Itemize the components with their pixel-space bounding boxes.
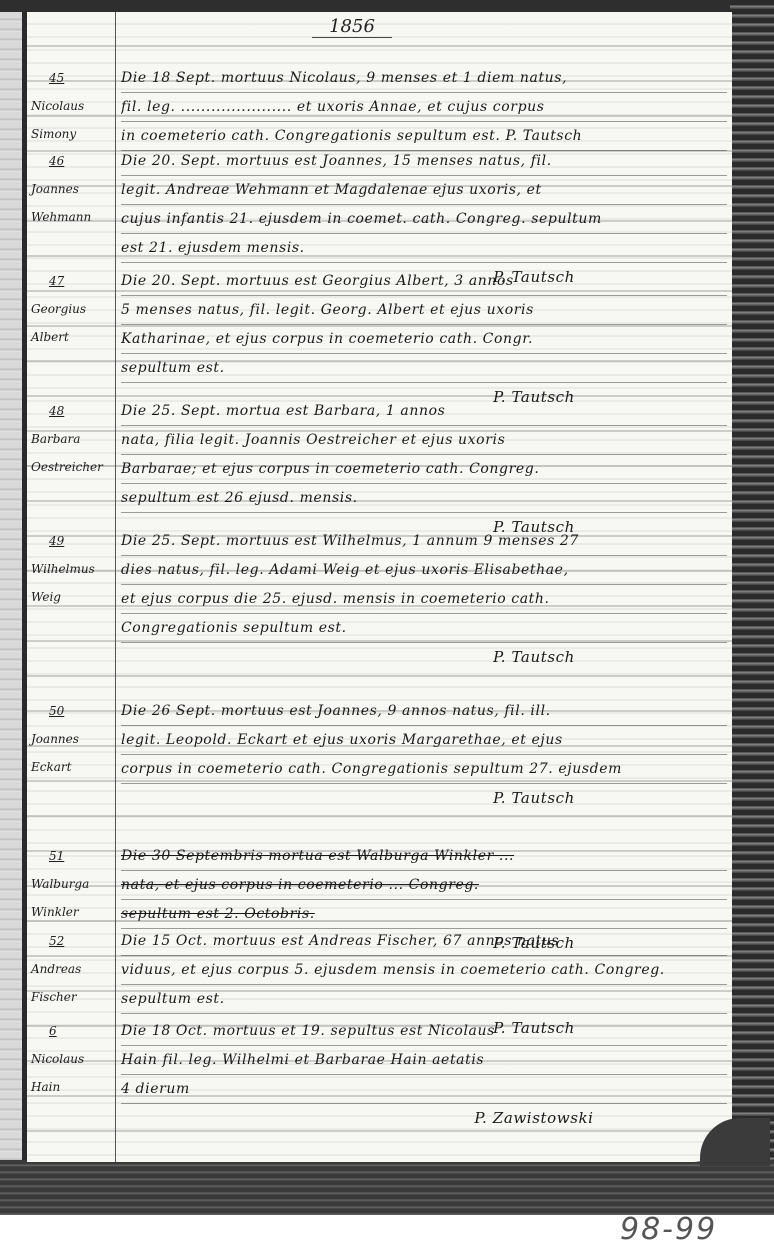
entry-line: Die 26 Sept. mortuus est Joannes, 9 anno… — [121, 697, 727, 726]
entry-line: nata, filia legit. Joannis Oestreicher e… — [121, 426, 727, 455]
entry-line: Congregationis sepultum est. — [121, 614, 727, 643]
entry-line: Die 30 Septembris mortua est Walburga Wi… — [121, 842, 727, 871]
priest-signature: P. Tautsch — [121, 643, 727, 671]
entry-margin-name: Walburga — [31, 870, 115, 898]
entry-number: 51 — [31, 842, 115, 870]
scan-right-edge — [730, 0, 774, 1215]
entry-line: Die 15 Oct. mortuus est Andreas Fischer,… — [121, 927, 727, 956]
entry-margin-name: Eckart — [31, 753, 115, 781]
entry-line: viduus, et ejus corpus 5. ejusdem mensis… — [121, 956, 727, 985]
entry-line: Die 25. Sept. mortua est Barbara, 1 anno… — [121, 397, 727, 426]
entry-number: 45 — [31, 64, 115, 92]
entry-text: Die 20. Sept. mortuus est Georgius Alber… — [121, 267, 727, 411]
entry-margin-name: Wilhelmus — [31, 555, 115, 583]
entry-line: corpus in coemeterio cath. Congregationi… — [121, 755, 727, 784]
entry-text: Die 26 Sept. mortuus est Joannes, 9 anno… — [121, 697, 727, 812]
entry-margin-name: Winkler — [31, 898, 115, 926]
entry-line: sepultum est. — [121, 985, 727, 1014]
entry-line: Katharinae, et ejus corpus in coemeterio… — [121, 325, 727, 354]
priest-signature: P. Tautsch — [121, 784, 727, 812]
entry-line: Die 25. Sept. mortuus est Wilhelmus, 1 a… — [121, 527, 727, 556]
entry-margin-name: Wehmann — [31, 203, 115, 231]
entry-margin-name: Joannes — [31, 175, 115, 203]
entry-line: sepultum est 2. Octobris. — [121, 900, 727, 929]
entry-margin-name: Weig — [31, 583, 115, 611]
entry-margin-name: Albert — [31, 323, 115, 351]
entry-line: et ejus corpus die 25. ejusd. mensis in … — [121, 585, 727, 614]
entry-number: 6 — [31, 1017, 115, 1045]
entry-text: Die 25. Sept. mortuus est Wilhelmus, 1 a… — [121, 527, 727, 671]
entry-line: 4 dierum — [121, 1075, 727, 1104]
entry-number: 48 — [31, 397, 115, 425]
entry-line: Die 20. Sept. mortuus est Joannes, 15 me… — [121, 147, 727, 176]
entry-line: Die 18 Sept. mortuus Nicolaus, 9 menses … — [121, 64, 727, 93]
facing-page-strip — [0, 12, 27, 1162]
entry-line: cujus infantis 21. ejusdem in coemet. ca… — [121, 205, 727, 234]
folio-number: 98-99 — [620, 1212, 717, 1247]
entry-line: fil. leg. ...................... et uxor… — [121, 93, 727, 122]
entry-margin: 45NicolausSimony — [31, 64, 115, 148]
entry-line: legit. Andreae Wehmann et Magdalenae eju… — [121, 176, 727, 205]
entry-number: 52 — [31, 927, 115, 955]
entry-text: Die 18 Oct. mortuus et 19. sepultus est … — [121, 1017, 727, 1132]
entry-number: 49 — [31, 527, 115, 555]
entry-margin: 46JoannesWehmann — [31, 147, 115, 231]
entry-margin-name: Nicolaus — [31, 92, 115, 120]
entry-line: nata, et ejus corpus in coemeterio ... C… — [121, 871, 727, 900]
entry-text: Die 25. Sept. mortua est Barbara, 1 anno… — [121, 397, 727, 541]
entry-margin-name: Simony — [31, 120, 115, 148]
entry-margin-name: Andreas — [31, 955, 115, 983]
entry-margin: 50JoannesEckart — [31, 697, 115, 781]
entry-line: Die 20. Sept. mortuus est Georgius Alber… — [121, 267, 727, 296]
entry-line: Barbarae; et ejus corpus in coemeterio c… — [121, 455, 727, 484]
entry-line: Die 18 Oct. mortuus et 19. sepultus est … — [121, 1017, 727, 1046]
scan-top-edge — [0, 0, 774, 12]
entry-line: legit. Leopold. Eckart et ejus uxoris Ma… — [121, 726, 727, 755]
register-page: 1856 45NicolausSimonyDie 18 Sept. mortuu… — [27, 12, 732, 1162]
scan-bottom-edge — [0, 1160, 774, 1215]
entry-text: Die 18 Sept. mortuus Nicolaus, 9 menses … — [121, 64, 727, 151]
entry-margin-name: Fischer — [31, 983, 115, 1011]
entry-margin: 49WilhelmusWeig — [31, 527, 115, 611]
entry-margin-name: Joannes — [31, 725, 115, 753]
entry-margin-name: Georgius — [31, 295, 115, 323]
entry-number: 50 — [31, 697, 115, 725]
entry-line: 5 menses natus, fil. legit. Georg. Alber… — [121, 296, 727, 325]
entry-margin-name: Nicolaus — [31, 1045, 115, 1073]
entry-line: sepultum est 26 ejusd. mensis. — [121, 484, 727, 513]
entry-margin: 51WalburgaWinkler — [31, 842, 115, 926]
entry-line: dies natus, fil. leg. Adami Weig et ejus… — [121, 556, 727, 585]
entry-number: 46 — [31, 147, 115, 175]
entry-margin: 6NicolausHain — [31, 1017, 115, 1101]
entry-margin: 48BarbaraOestreicher — [31, 397, 115, 481]
entry-margin-name: Hain — [31, 1073, 115, 1101]
entry-number: 47 — [31, 267, 115, 295]
entry-margin-name: Barbara — [31, 425, 115, 453]
page-year: 1856 — [312, 16, 392, 38]
entry-margin: 47GeorgiusAlbert — [31, 267, 115, 351]
entry-line: sepultum est. — [121, 354, 727, 383]
entry-margin: 52AndreasFischer — [31, 927, 115, 1011]
priest-signature: P. Zawistowski — [121, 1104, 727, 1132]
entry-line: Hain fil. leg. Wilhelmi et Barbarae Hain… — [121, 1046, 727, 1075]
entry-line: est 21. ejusdem mensis. — [121, 234, 727, 263]
entry-margin-name: Oestreicher — [31, 453, 115, 481]
margin-rule — [115, 12, 116, 1162]
